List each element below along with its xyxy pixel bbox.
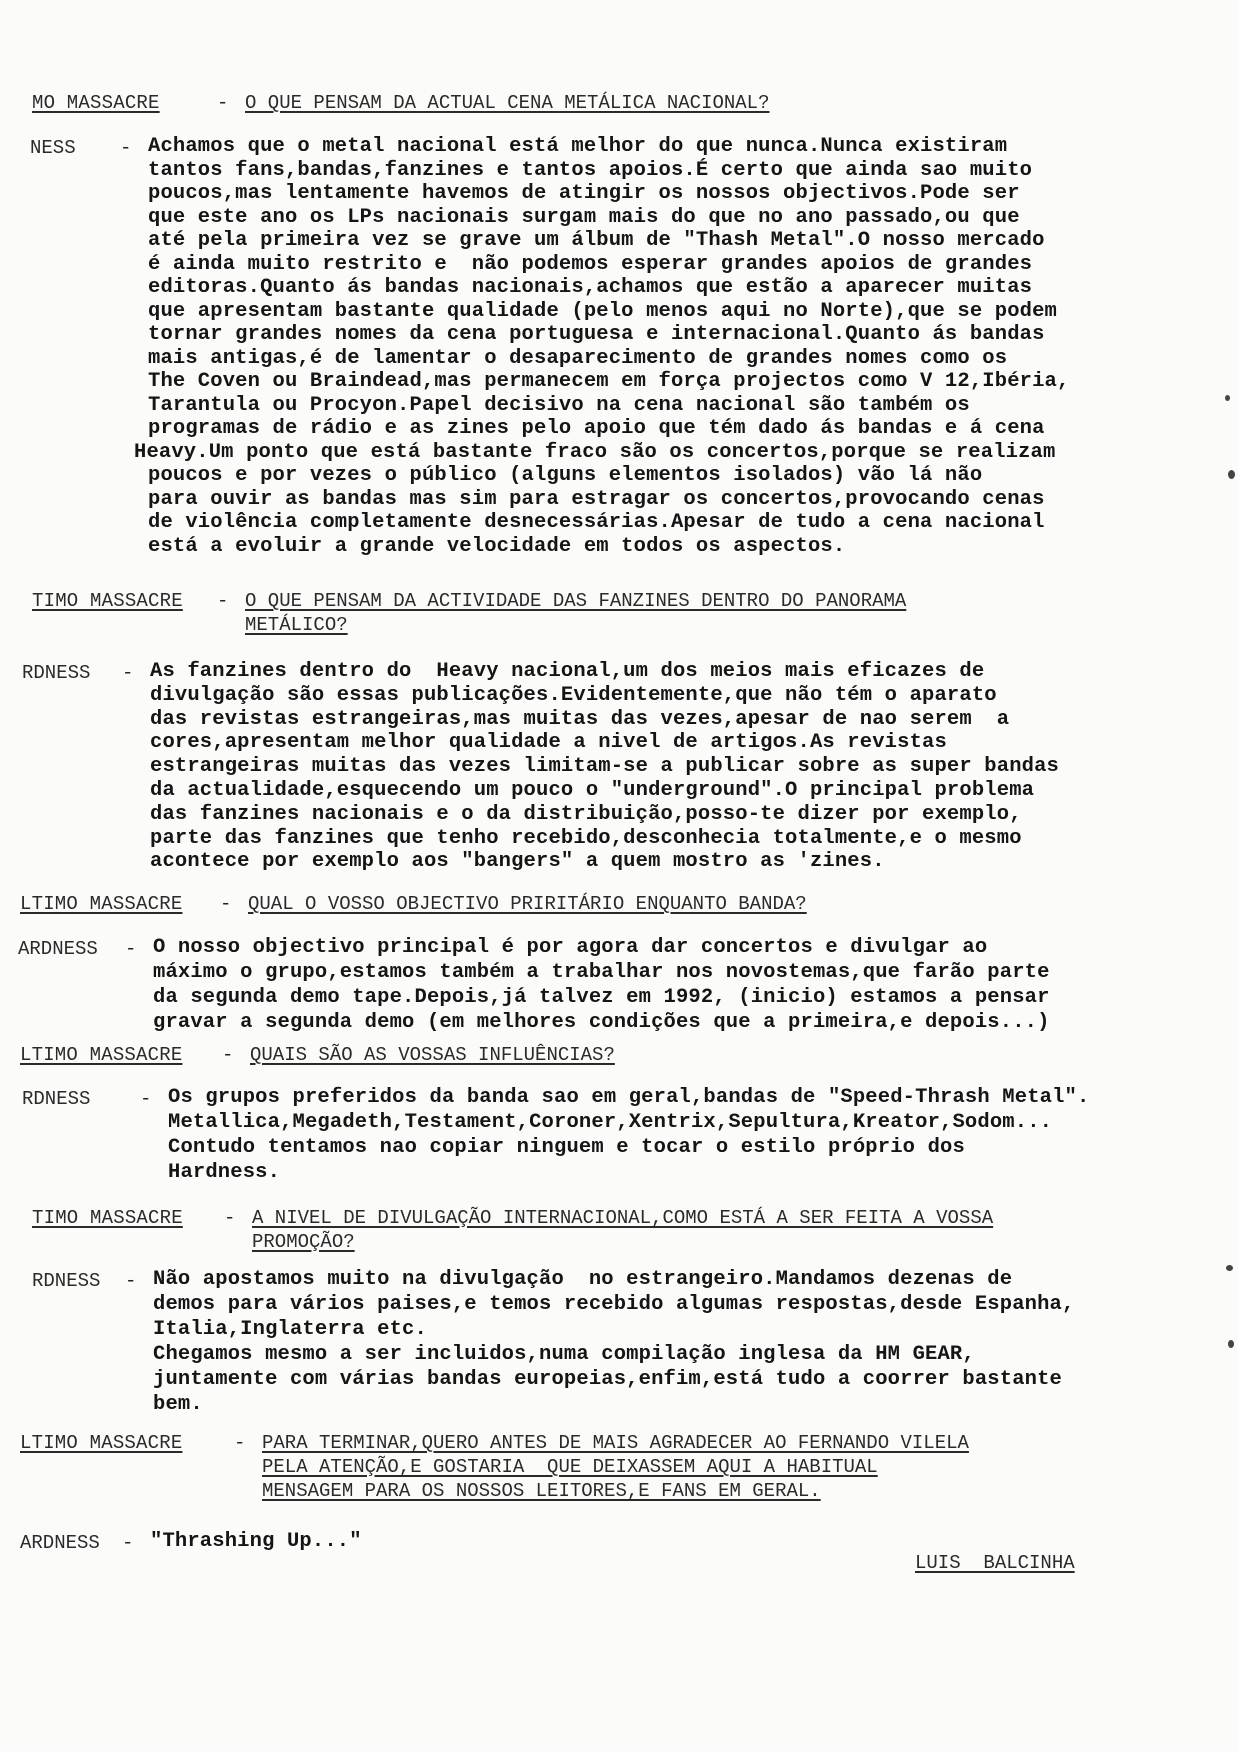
- answer-line: mais antigas,é de lamentar o desaparecim…: [148, 347, 1007, 370]
- answer-line: Não apostamos muito na divulgação no est…: [153, 1268, 1012, 1291]
- question-line: O QUE PENSAM DA ACTIVIDADE DAS FANZINES …: [245, 590, 906, 612]
- author-signature: LUIS BALCINHA: [915, 1552, 1075, 1574]
- question-line: PELA ATENÇÃO,E GOSTARIA QUE DEIXASSEM AQ…: [262, 1456, 878, 1478]
- answer-line: Italia,Inglaterra etc.: [153, 1318, 427, 1341]
- speaker-dash: -: [122, 1532, 133, 1554]
- answer-line: das revistas estrangeiras,mas muitas das…: [150, 708, 1009, 731]
- answer-line: divulgação são essas publicações.Evident…: [150, 684, 997, 707]
- answer-line: de violência completamente desnecessária…: [148, 511, 1045, 534]
- answer-line: Metallica,Megadeth,Testament,Coroner,Xen…: [168, 1111, 1052, 1134]
- speaker-dash: -: [220, 893, 231, 915]
- scan-speck: [1226, 1265, 1233, 1271]
- answer-line: Achamos que o metal nacional está melhor…: [148, 135, 1007, 158]
- answer-line: está a evoluir a grande velocidade em to…: [148, 535, 845, 558]
- question-line: A NIVEL DE DIVULGAÇÃO INTERNACIONAL,COMO…: [252, 1207, 993, 1229]
- answer-line: poucos e por vezes o público (alguns ele…: [148, 464, 982, 487]
- band-label: ARDNESS: [20, 1532, 100, 1554]
- answer-line: para ouvir as bandas mas sim para estrag…: [148, 488, 1045, 511]
- speaker-dash: -: [125, 938, 136, 960]
- answer-line: máximo o grupo,estamos também a trabalha…: [153, 961, 1050, 984]
- speaker-dash: -: [140, 1088, 151, 1110]
- answer-line: Os grupos preferidos da banda sao em ger…: [168, 1086, 1089, 1109]
- question-line: QUAIS SÃO AS VOSSAS INFLUÊNCIAS?: [250, 1044, 615, 1066]
- answer-line: The Coven ou Braindead,mas permanecem em…: [148, 370, 1069, 393]
- answer-line: juntamente com várias bandas europeias,e…: [153, 1368, 1062, 1391]
- answer-line: estrangeiras muitas das vezes limitam-se…: [150, 755, 1059, 778]
- band-label: RDNESS: [32, 1270, 100, 1292]
- question-line: QUAL O VOSSO OBJECTIVO PRIRITÁRIO ENQUAN…: [248, 893, 807, 915]
- speaker-dash: -: [224, 1207, 235, 1229]
- answer-line: poucos,mas lentamente havemos de atingir…: [148, 182, 1020, 205]
- answer-line: bem.: [153, 1393, 203, 1416]
- answer-line: das fanzines nacionais e o da distribuiç…: [150, 803, 1022, 826]
- answer-line: Chegamos mesmo a ser incluidos,numa comp…: [153, 1343, 975, 1366]
- interviewer-label: LTIMO MASSACRE: [20, 1432, 182, 1454]
- answer-line: programas de rádio e as zines pelo apoio…: [148, 417, 1045, 440]
- answer-line: Hardness.: [168, 1161, 280, 1184]
- speaker-dash: -: [122, 662, 133, 684]
- answer-line: O nosso objectivo principal é por agora …: [153, 936, 987, 959]
- answer-line: que este ano os LPs nacionais surgam mai…: [148, 206, 1020, 229]
- speaker-dash: -: [222, 1044, 233, 1066]
- question-line: O QUE PENSAM DA ACTUAL CENA METÁLICA NAC…: [245, 92, 770, 114]
- interviewer-label: TIMO MASSACRE: [32, 1207, 183, 1229]
- answer-line: tantos fans,bandas,fanzines e tantos apo…: [148, 159, 1032, 182]
- speaker-dash: -: [217, 590, 228, 612]
- answer-line: parte das fanzines que tenho recebido,de…: [150, 827, 1022, 850]
- question-line: METÁLICO?: [245, 614, 348, 636]
- speaker-dash: -: [125, 1270, 136, 1292]
- answer-line: Heavy.Um ponto que está bastante fraco s…: [134, 441, 1055, 464]
- answer-line: "Thrashing Up...": [150, 1530, 362, 1553]
- question-line: PROMOÇÃO?: [252, 1231, 355, 1253]
- answer-line: da actualidade,esquecendo um pouco o "un…: [150, 779, 1034, 802]
- scan-speck: [1228, 1340, 1234, 1348]
- answer-line: acontece por exemplo aos "bangers" a que…: [150, 850, 885, 873]
- band-label: NESS: [30, 137, 76, 159]
- answer-line: que apresentam bastante qualidade (pelo …: [148, 300, 1057, 323]
- answer-line: da segunda demo tape.Depois,já talvez em…: [153, 986, 1050, 1009]
- interviewer-label: TIMO MASSACRE: [32, 590, 183, 612]
- band-label: RDNESS: [22, 1088, 90, 1110]
- band-label: ARDNESS: [18, 938, 98, 960]
- typewritten-interview-page: MO MASSACRE-O QUE PENSAM DA ACTUAL CENA …: [0, 0, 1238, 1752]
- interviewer-label: LTIMO MASSACRE: [20, 893, 182, 915]
- answer-line: As fanzines dentro do Heavy nacional,um …: [150, 660, 984, 683]
- answer-line: gravar a segunda demo (em melhores condi…: [153, 1011, 1050, 1034]
- answer-line: cores,apresentam melhor qualidade a nive…: [150, 731, 947, 754]
- interviewer-label: MO MASSACRE: [32, 92, 160, 114]
- answer-line: tornar grandes nomes da cena portuguesa …: [148, 323, 1045, 346]
- question-line: MENSAGEM PARA OS NOSSOS LEITORES,E FANS …: [262, 1480, 821, 1502]
- question-line: PARA TERMINAR,QUERO ANTES DE MAIS AGRADE…: [262, 1432, 969, 1454]
- band-label: RDNESS: [22, 662, 90, 684]
- speaker-dash: -: [120, 137, 131, 159]
- answer-line: demos para vários paises,e temos recebid…: [153, 1293, 1074, 1316]
- speaker-dash: -: [217, 92, 228, 114]
- scan-speck: [1225, 395, 1230, 401]
- answer-line: Contudo tentamos nao copiar ninguem e to…: [168, 1136, 965, 1159]
- answer-line: Tarantula ou Procyon.Papel decisivo na c…: [148, 394, 970, 417]
- speaker-dash: -: [234, 1432, 245, 1454]
- interviewer-label: LTIMO MASSACRE: [20, 1044, 182, 1066]
- answer-line: editoras.Quanto ás bandas nacionais,acha…: [148, 276, 1032, 299]
- scan-speck: [1228, 470, 1235, 479]
- answer-line: até pela primeira vez se grave um álbum …: [148, 229, 1045, 252]
- answer-line: é ainda muito restrito e não podemos esp…: [148, 253, 1032, 276]
